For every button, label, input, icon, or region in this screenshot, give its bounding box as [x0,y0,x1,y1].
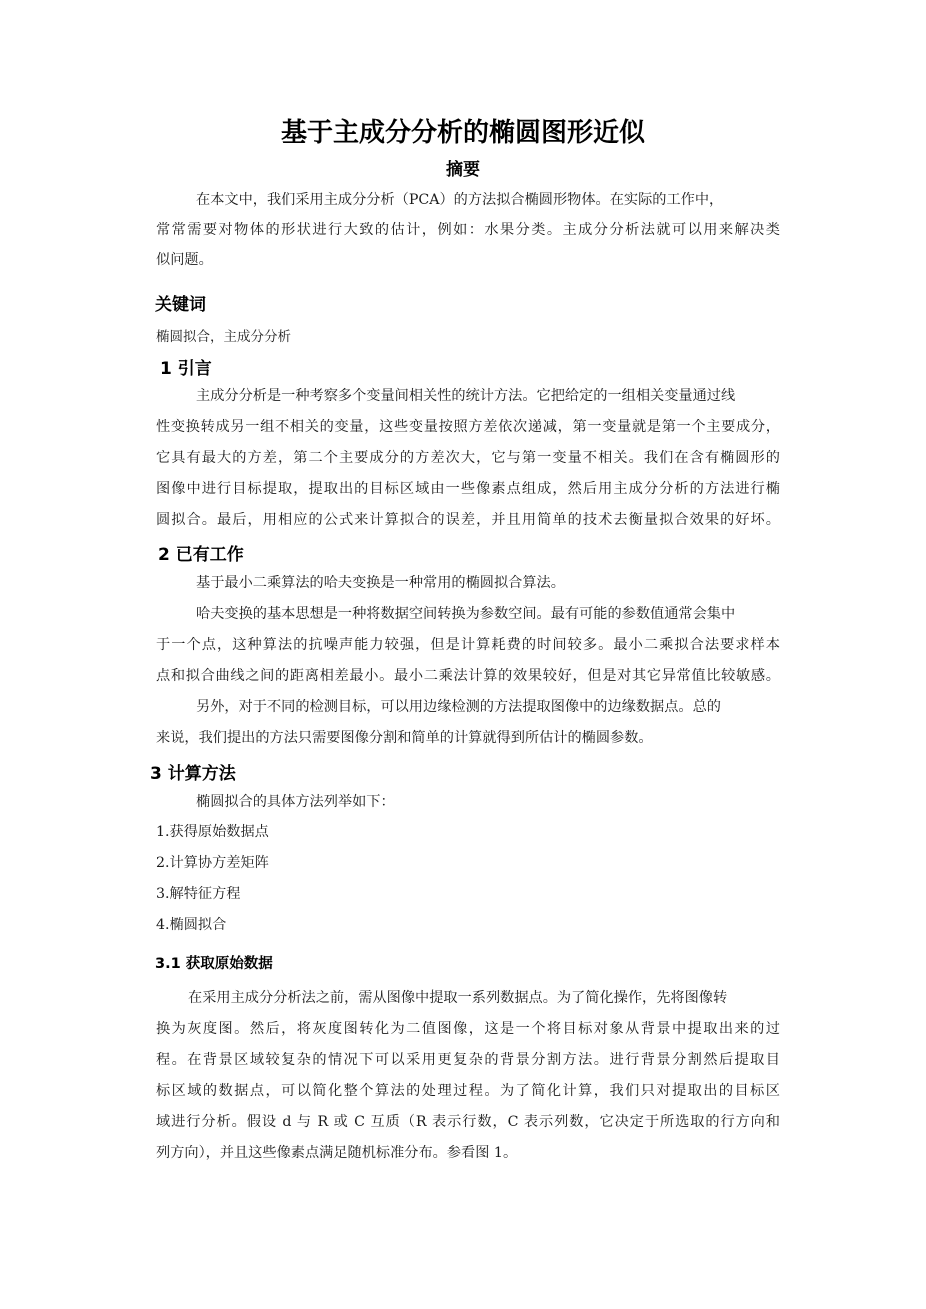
section-2-line: 来说，我们提出的方法只需要图像分割和简单的计算就得到所估计的椭圆参数。 [156,728,653,748]
keywords-heading: 关键词 [155,290,206,315]
section-3-intro: 椭圆拟合的具体方法列举如下： [196,792,395,812]
method-step: 1.获得原始数据点 [156,822,269,842]
section-3-heading: 3 计算方法 [150,759,236,784]
section-2-line: 于一个点，这种算法的抗噪声能力较强，但是计算耗费的时间较多。最小二乘拟合法要求样… [156,635,780,655]
section-2-line: 点和拟合曲线之间的距离相差最小。最小二乘法计算的效果较好，但是对其它异常值比较敏… [156,666,780,686]
section-3-1-line: 标区域的数据点，可以简化整个算法的处理过程。为了简化计算，我们只对提取出的目标区 [156,1081,780,1101]
section-1-line: 性变换转成另一组不相关的变量，这些变量按照方差依次递减，第一变量就是第一个主要成… [156,417,780,437]
section-3-1-line: 在采用主成分分析法之前，需从图像中提取一系列数据点。为了简化操作，先将图像转 [188,988,727,1008]
section-3-1-line: 列方向），并且这些像素点满足随机标准分布。参看图 1。 [156,1143,517,1163]
section-3-1-line: 换为灰度图。然后，将灰度图转化为二值图像，这是一个将目标对象从背景中提取出来的过 [156,1019,780,1039]
section-3-1-heading: 3.1 获取原始数据 [155,952,273,973]
section-1-heading: 1 引言 [160,354,212,379]
abstract-heading: 摘要 [0,155,926,180]
keywords-text: 椭圆拟合，主成分分析 [156,325,291,345]
section-1-line: 它具有最大的方差，第二个主要成分的方差次大，它与第一变量不相关。我们在含有椭圆形… [156,448,780,468]
section-1-line: 圆拟合。最后，用相应的公式来计算拟合的误差，并且用简单的技术去衡量拟合效果的好坏… [156,510,780,530]
section-2-line: 另外，对于不同的检测目标，可以用边缘检测的方法提取图像中的边缘数据点。总的 [196,697,721,717]
document-page: 基于主成分分析的椭圆图形近似 摘要 在本文中，我们采用主成分分析（PCA）的方法… [0,0,926,1309]
section-3-1-line: 程。在背景区域较复杂的情况下可以采用更复杂的背景分割方法。进行背景分割然后提取目 [156,1050,780,1070]
abstract-line: 似问题。 [156,250,213,270]
section-2-line: 哈夫变换的基本思想是一种将数据空间转换为参数空间。最有可能的参数值通常会集中 [196,604,735,624]
abstract-line: 在本文中，我们采用主成分分析（PCA）的方法拟合椭圆形物体。在实际的工作中， [196,190,723,210]
abstract-line: 常常需要对物体的形状进行大致的估计，例如：水果分类。主成分分析法就可以用来解决类 [156,220,780,240]
section-3-1-line: 域进行分析。假设 d 与 R 或 C 互质（R 表示行数，C 表示列数，它决定于… [156,1112,780,1132]
method-step: 3.解特征方程 [156,884,240,904]
method-step: 2.计算协方差矩阵 [156,853,269,873]
method-step: 4.椭圆拟合 [156,915,226,935]
section-1-line: 图像中进行目标提取，提取出的目标区域由一些像素点组成，然后用主成分分析的方法进行… [156,479,780,499]
section-2-line: 基于最小二乘算法的哈夫变换是一种常用的椭圆拟合算法。 [196,573,565,593]
section-1-line: 主成分分析是一种考察多个变量间相关性的统计方法。它把给定的一组相关变量通过线 [196,386,735,406]
document-title: 基于主成分分析的椭圆图形近似 [0,112,926,149]
section-2-heading: 2 已有工作 [158,540,244,565]
